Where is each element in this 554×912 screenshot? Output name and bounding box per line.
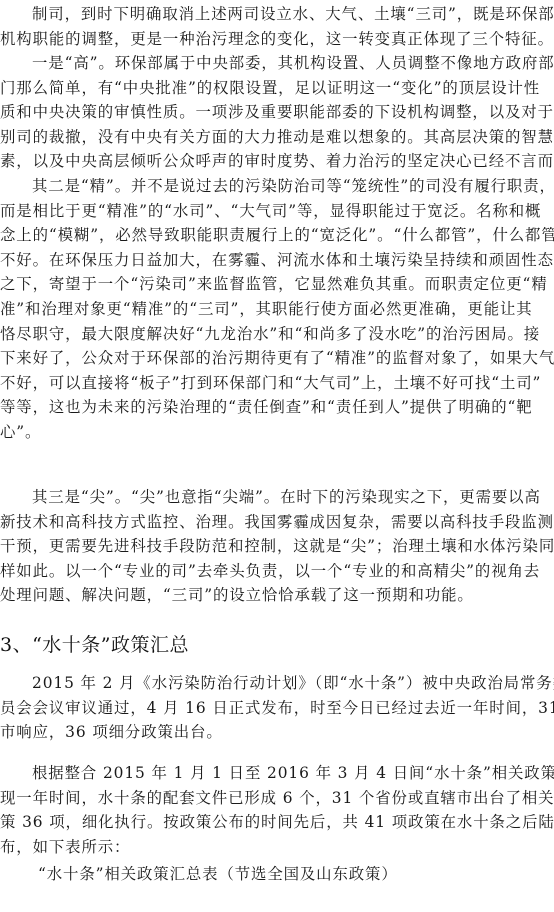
paragraph-feature-two: 其二是“精”。并不是说过去的污染防治司等“笼统性”的司没有履行职责， 而是相比于… (0, 174, 554, 445)
paragraph-feature-three: 其三是“尖”。“尖”也意指“尖端”。在时下的污染现实之下，更需要以高 新技术和高… (0, 485, 554, 608)
table-caption: “水十条”相关政策汇总表（节选全国及山东政策） (38, 862, 398, 886)
paragraph-intro-continued: 制司，到时下明确取消上述两司设立水、大气、土壤“三司”，既是环保部 机构职能的调… (0, 2, 554, 51)
section-heading: 3、“水十条”政策汇总 (0, 632, 189, 658)
text-line: 策 36 项，细化执行。按政策公布的时间先后，共 41 项政策在水十条之后陆续发 (0, 810, 554, 835)
text-line: 心”。 (0, 420, 554, 445)
text-line: 准”和治理对象更“精准”的“三司”，其职能行使方面必然更准确，更能让其 (0, 297, 554, 322)
text-line: 下来好了，公众对于环保部的治污期待更有了“精准”的监督对象了，如果大气 (0, 346, 554, 371)
text-line: 机构职能的调整，更是一种治污理念的变化，这一转变真正体现了三个特征。 (0, 27, 554, 52)
text-line: 处理问题、解决问题，“三司”的设立恰恰承载了这一预期和功能。 (0, 583, 554, 608)
text-line: 其二是“精”。并不是说过去的污染防治司等“笼统性”的司没有履行职责， (0, 174, 554, 199)
text-line: 干预，更需要先进科技手段防范和控制，这就是“尖”；治理土壤和水体污染同 (0, 534, 554, 559)
text-line: 而是相比于更“精准”的“水司”、“大气司”等，显得职能过于宽泛。名称和概 (0, 199, 554, 224)
text-line: 质和中央决策的审慎性质。一项涉及重要职能部委的下设机构调整，以及对于个 (0, 100, 554, 125)
text-line: 新技术和高科技方式监控、治理。我国雾霾成因复杂，需要以高科技手段监测、 (0, 510, 554, 535)
paragraph-water-ten-release: 2015 年 2 月《水污染防治行动计划》（即“水十条”）被中央政治局常务委 员… (0, 671, 554, 745)
text-line: 制司，到时下明确取消上述两司设立水、大气、土壤“三司”，既是环保部 (0, 2, 554, 27)
text-line: 市响应，36 项细分政策出台。 (0, 720, 554, 745)
text-line: 不好，可以直接将“板子”打到环保部门和“大气司”上，土壤不好可找“土司” (0, 371, 554, 396)
text-line: 现一年时间，水十条的配套文件已形成 6 个，31 个省份或直辖市出台了相关政 (0, 786, 554, 811)
text-line: 一是“高”。环保部属于中央部委，其机构设置、人员调整不像地方政府部 (0, 51, 554, 76)
text-line: 素，以及中央高层倾听公众呼声的审时度势、着力治污的坚定决心已经不言而喻。 (0, 149, 554, 174)
text-line: 之下，寄望于一个“污染司”来监督监管，它显然难负其重。而职责定位更“精 (0, 272, 554, 297)
text-line: 其三是“尖”。“尖”也意指“尖端”。在时下的污染现实之下，更需要以高 (0, 485, 554, 510)
text-line: 不好。在环保压力日益加大，在雾霾、河流水体和土壤污染呈持续和顽固性态势 (0, 248, 554, 273)
text-line: 恪尽职守，最大限度解决好“九龙治水”和“和尚多了没水吃”的治污困局。接 (0, 322, 554, 347)
text-line: 2015 年 2 月《水污染防治行动计划》（即“水十条”）被中央政治局常务委 (0, 671, 554, 696)
text-line: 样如此。以一个“专业的司”去牵头负责，以一个“专业的和高精尖”的视角去 (0, 559, 554, 584)
text-line: 念上的“模糊”，必然导致职能职责履行上的“宽泛化”。“什么都管”，什么都管 (0, 223, 554, 248)
text-line: 布，如下表所示： (0, 835, 554, 860)
text-line: 员会会议审议通过，4 月 16 日正式发布，时至今日已经过去近一年时间，31 省 (0, 696, 554, 721)
text-line: 别司的裁撤，没有中央有关方面的大力推动是难以想象的。其高层决策的智慧因 (0, 125, 554, 150)
paragraph-feature-one: 一是“高”。环保部属于中央部委，其机构设置、人员调整不像地方政府部 门那么简单，… (0, 51, 554, 174)
text-line: 门那么简单，有“中央批准”的权限设置，足以证明这一“变化”的顶层设计性 (0, 76, 554, 101)
text-line: 根据整合 2015 年 1 月 1 日至 2016 年 3 月 4 日间“水十条… (0, 761, 554, 786)
paragraph-water-ten-summary: 根据整合 2015 年 1 月 1 日至 2016 年 3 月 4 日间“水十条… (0, 761, 554, 859)
text-line: 等等，这也为未来的污染治理的“责任倒查”和“责任到人”提供了明确的“靶 (0, 395, 554, 420)
